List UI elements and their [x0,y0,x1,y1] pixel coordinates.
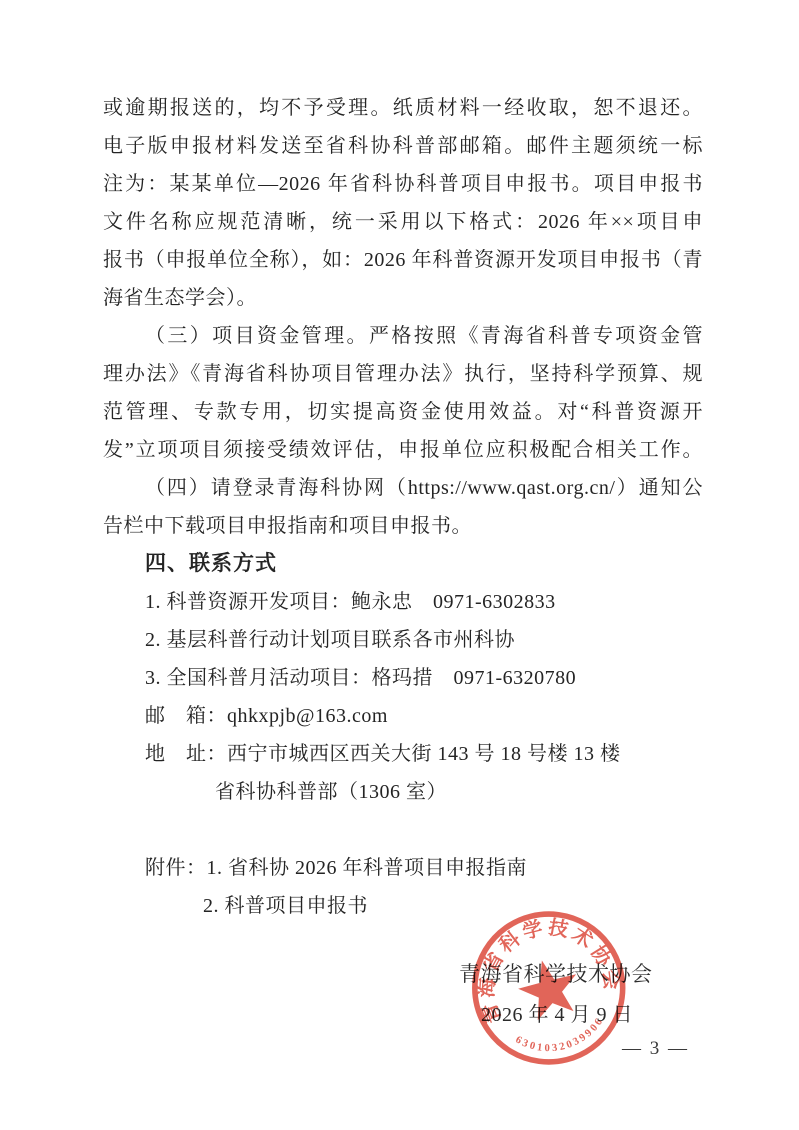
address-line: 省科协科普部（1306 室） [103,773,703,811]
attachment-line: 2. 科普项目申报书 [103,887,703,925]
text-line: 海省生态学会）。 [103,279,703,317]
text-line: 或逾期报送的，均不予受理。纸质材料一经收取，恕不退还。 [103,89,703,127]
text-line: 报书（申报单位全称），如：2026 年科普资源开发项目申报书（青 [103,241,703,279]
seal-ring [468,908,630,1070]
text-line: 文件名称应规范清晰，统一采用以下格式：2026 年××项目申 [103,203,703,241]
blank-line [103,811,703,849]
email-line: 邮 箱：qhkxpjb@163.com [103,697,703,735]
signature-org: 青海省科学技术协会 [459,958,653,988]
page-number: — 3 — [622,1038,689,1060]
text-line: 注为：某某单位—2026 年省科协科普项目申报书。项目申报书 [103,165,703,203]
text-line: 告栏中下载项目申报指南和项目申报书。 [103,507,703,545]
signature-date: 2026 年 4 月 9 日 [481,998,633,1027]
document-body: 或逾期报送的，均不予受理。纸质材料一经收取，恕不退还。 电子版申报材料发送至省科… [103,89,703,925]
document-page: 或逾期报送的，均不予受理。纸质材料一经收取，恕不退还。 电子版申报材料发送至省科… [0,0,799,1130]
text-line: （四）请登录青海科协网（https://www.qast.org.cn/）通知公 [103,469,703,507]
section-heading-contact: 四、联系方式 [103,545,703,583]
contact-line: 3. 全国科普月活动项目：格玛措 0971-6320780 [103,659,703,697]
contact-line: 1. 科普资源开发项目：鲍永忠 0971-6302833 [103,583,703,621]
text-line: 范管理、专款专用，切实提高资金使用效益。对“科普资源开 [103,393,703,431]
official-seal: 青海省科学技术协会 6301032039906 [468,908,630,1070]
text-line: 理办法》《青海省科协项目管理办法》执行，坚持科学预算、规 [103,355,703,393]
text-line: 发”立项项目须接受绩效评估，申报单位应积极配合相关工作。 [103,431,703,469]
text-line: （三）项目资金管理。严格按照《青海省科普专项资金管 [103,317,703,355]
attachment-line: 附件：1. 省科协 2026 年科普项目申报指南 [103,849,703,887]
contact-line: 2. 基层科普行动计划项目联系各市州科协 [103,621,703,659]
address-line: 地 址：西宁市城西区西关大街 143 号 18 号楼 13 楼 [103,735,703,773]
text-line: 电子版申报材料发送至省科协科普部邮箱。邮件主题须统一标 [103,127,703,165]
